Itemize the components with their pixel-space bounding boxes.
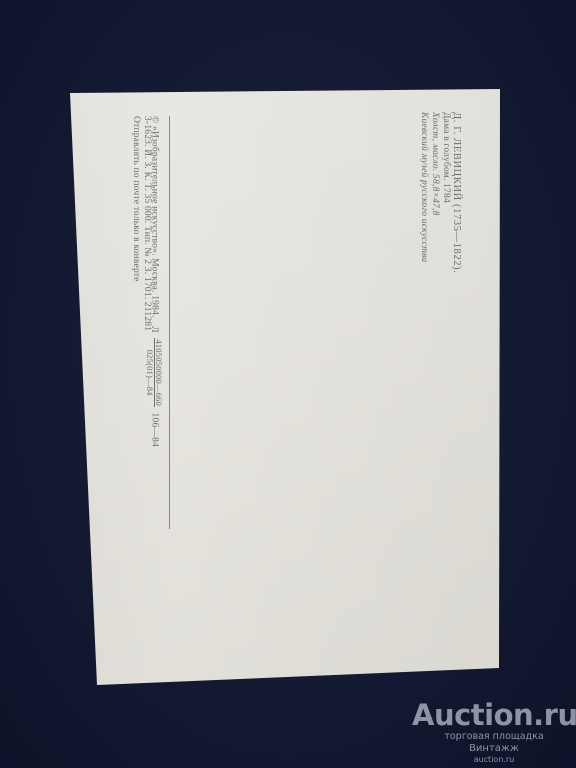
index-fraction: 4105050000—660 025(01)—84: [146, 338, 163, 407]
publisher-line-1: © «Изобразительное искусство». Москва. 1…: [152, 116, 163, 447]
artwork-title: Дама в голубом. 1784: [440, 112, 451, 273]
watermark-subtitle: Винтажж: [412, 743, 576, 755]
watermark-logo: Auction.ru: [412, 699, 576, 731]
watermark-tagline: торговая площадка: [412, 731, 576, 743]
artwork-caption: Д. Г. ЛЕВИЦКИЙ (1735—1822). Дама в голуб…: [418, 112, 462, 273]
index-suffix: 106—84: [149, 413, 159, 447]
auction-watermark: Auction.ru торговая площадка Винтажж auc…: [412, 699, 576, 765]
watermark-url: auction.ru: [412, 755, 576, 765]
museum-name: Киевский музей русского искусства: [418, 112, 429, 273]
postcard-shading: [0, 0, 576, 768]
address-divider-line: [169, 116, 170, 529]
artist-name: Д. Г. ЛЕВИЦКИЙ (1735—1822).: [451, 112, 462, 273]
publisher-info: © «Изобразительное искусство». Москва. 1…: [130, 116, 163, 447]
artwork-medium: Холст, масло. 58,8×47,8: [429, 112, 440, 273]
fraction-denominator: 025(01)—84: [146, 350, 154, 396]
fraction-numerator: 4105050000—660: [154, 338, 163, 407]
mailing-notice: Отправлять по почте только в конверте: [130, 116, 141, 447]
